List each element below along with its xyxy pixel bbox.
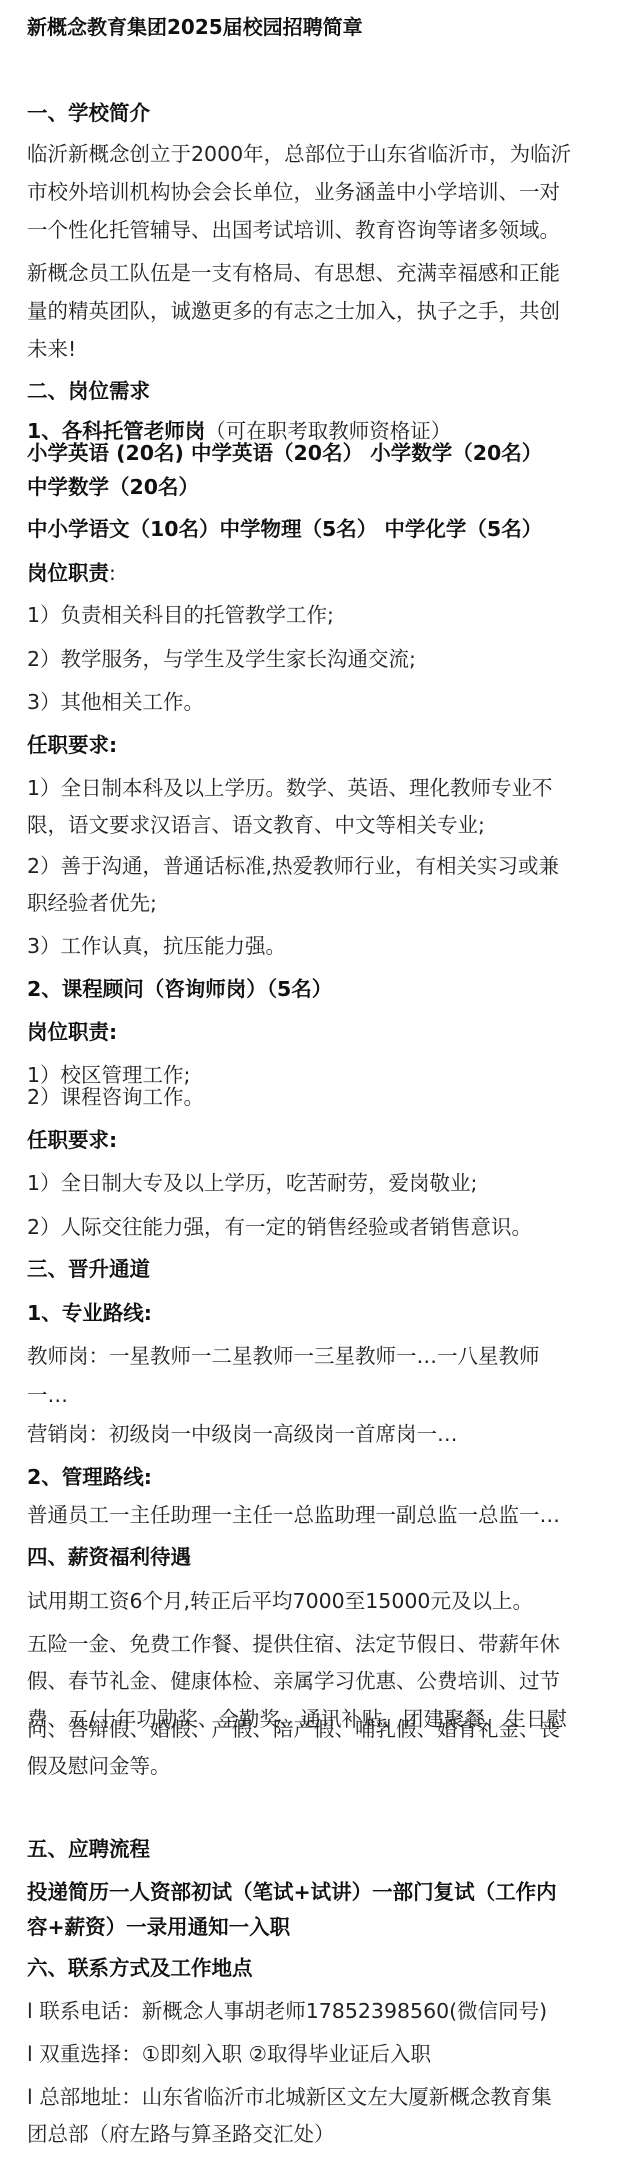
process-line: 投递简历一人资部初试（笔试+试讲）一部门复试（工作内 <box>27 1879 557 1905</box>
job1-positions-line: 小学英语 (20名) 中学英语（20名） 小学数学（20名） <box>27 440 542 466</box>
colon: : <box>109 561 116 585</box>
job1-requirement-line: 限，语文要求汉语言、语文教育、中文等相关专业; <box>27 812 485 838</box>
process-line: 容+薪资）一录用通知一入职 <box>27 1914 290 1940</box>
document-title: 新概念教育集团2025届校园招聘简章 <box>27 14 363 40</box>
job2-requirements-label: 任职要求: <box>27 1127 117 1153</box>
management-path-title: 2、管理路线: <box>27 1464 152 1490</box>
team-paragraph-line: 量的精英团队，诚邀更多的有志之士加入，执子之手，共创 <box>27 298 560 324</box>
team-paragraph-line: 新概念员工队伍是一支有格局、有思想、充满幸福感和正能 <box>27 260 560 286</box>
section-heading-process: 五、应聘流程 <box>27 1836 150 1862</box>
job1-requirement-line: 1）全日制本科及以上学历。数学、英语、理化教师专业不 <box>27 775 553 801</box>
sales-path-line: 营销岗：初级岗一中级岗一高级岗一首席岗一… <box>27 1421 458 1447</box>
job1-duty-item: 3）其他相关工作。 <box>27 689 204 715</box>
job1-requirement-line: 职经验者优先; <box>27 890 157 916</box>
intro-paragraph-line: 一个性化托管辅导、出国考试培训、教育咨询等诸多领域。 <box>27 217 560 243</box>
contact-phone: l 联系电话：新概念人事胡老师17852398560(微信同号) <box>27 1998 547 2024</box>
job2-requirement-line: 2）人际交往能力强，有一定的销售经验或者销售意识。 <box>27 1214 532 1240</box>
team-paragraph-line: 未来! <box>27 336 76 362</box>
section-heading-contact: 六、联系方式及工作地点 <box>27 1955 253 1981</box>
section-heading-positions: 二、岗位需求 <box>27 378 150 404</box>
start-options: l 双重选择：①即刻入职 ②取得毕业证后入职 <box>27 2041 431 2067</box>
teacher-path-line: 教师岗：一星教师一二星教师一三星教师一…一八星教师 <box>27 1343 540 1369</box>
job1-requirement-line: 3）工作认真，抗压能力强。 <box>27 933 286 959</box>
job1-positions-line: 中学数学（20名） <box>27 474 199 500</box>
salary-line: 试用期工资6个月,转正后平均7000至15000元及以上。 <box>27 1588 533 1614</box>
job1-requirement-line: 2）善于沟通，普通话标准,热爱教师行业，有相关实习或兼 <box>27 853 559 879</box>
job1-duties-label: 岗位职责 <box>27 561 109 585</box>
job2-title: 2、课程顾问（咨询师岗）（5名） <box>27 976 332 1002</box>
section-heading-promotion: 三、晋升通道 <box>27 1256 150 1282</box>
job2-duty-item: 2）课程咨询工作。 <box>27 1084 204 1110</box>
professional-path-title: 1、专业路线: <box>27 1300 152 1326</box>
address-line: 团总部（府左路与算圣路交汇处） <box>27 2121 335 2147</box>
section-heading-benefits: 四、薪资福利待遇 <box>27 1544 191 1570</box>
intro-paragraph-line: 市校外培训机构协会会长单位，业务涵盖中小学培训、一对 <box>27 179 560 205</box>
management-path-line: 普通员工一主任助理一主任一总监助理一副总监一总监一… <box>27 1502 560 1528</box>
job1-duty-item: 1）负责相关科目的托管教学工作; <box>27 602 334 628</box>
benefits-line: 五险一金、免费工作餐、提供住宿、法定节假日、带薪年休 <box>27 1631 560 1657</box>
address-line: l 总部地址：山东省临沂市北城新区文左大厦新概念教育集 <box>27 2084 552 2110</box>
intro-paragraph-line: 临沂新概念创立于2000年，总部位于山东省临沂市，为临沂 <box>27 141 571 167</box>
job2-duties-label: 岗位职责: <box>27 1019 117 1045</box>
section-heading-school-intro: 一、学校简介 <box>27 100 150 126</box>
job1-duties-label-line: 岗位职责: <box>27 560 116 586</box>
teacher-path-line: 一… <box>27 1382 68 1408</box>
benefits-line: 问、答辩假、婚假、产假、陪产假、哺乳假、婚育礼金、丧 <box>27 1716 560 1742</box>
job2-requirement-line: 1）全日制大专及以上学历，吃苦耐劳，爱岗敬业; <box>27 1170 477 1196</box>
benefits-line: 假、春节礼金、健康体检、亲属学习优惠、公费培训、过节 <box>27 1668 560 1694</box>
benefits-line: 假及慰问金等。 <box>27 1753 171 1779</box>
job1-duty-item: 2）教学服务，与学生及学生家长沟通交流; <box>27 646 416 672</box>
job1-positions-line: 中小学语文（10名）中学物理（5名） 中学化学（5名） <box>27 516 542 542</box>
job1-requirements-label: 任职要求: <box>27 732 117 758</box>
